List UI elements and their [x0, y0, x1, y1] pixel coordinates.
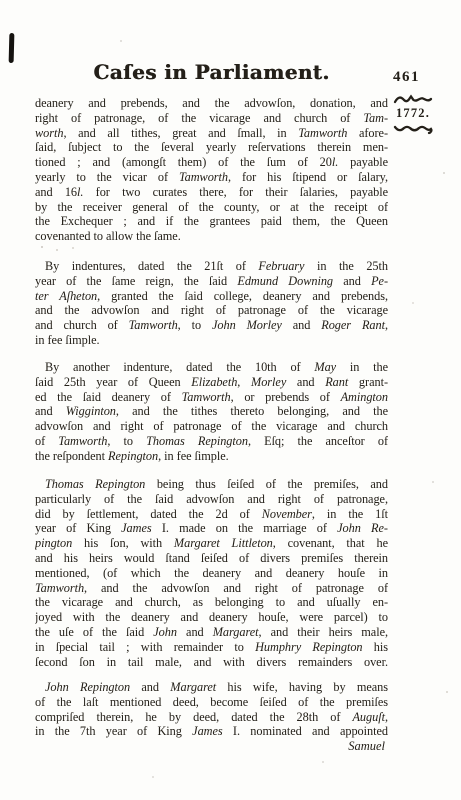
text-segment: for two curates there, for their ſalarie… [83, 185, 388, 199]
text-line: the Exchequer ; and if the grantees paid… [35, 214, 388, 229]
text-segment: afore- [347, 126, 388, 140]
text-segment: and [177, 625, 213, 639]
text-line: joyed with the deanery and deanery houſe… [35, 610, 388, 625]
wavy-bracket-top-icon [393, 92, 433, 106]
text-line: the uſe of the ſaid John and Margaret, a… [35, 625, 388, 640]
text-line: ter Aſheton, granted the ſaid college, d… [35, 289, 388, 304]
scan-artifact-mark [9, 33, 15, 63]
text-segment: and [333, 274, 371, 288]
text-line: covenanted to allow the ſame. [35, 229, 388, 244]
italic-text: ter Aſheton [35, 289, 97, 303]
text-line: right of patronage, of the vicarage and … [35, 111, 388, 126]
text-segment: By another indenture, dated the 10th of [45, 360, 314, 374]
text-segment: , and all tithes, great and ſmall, in [63, 126, 298, 140]
text-line: did by ſettlement, dated the 2d of Novem… [35, 507, 388, 522]
text-line: yearly to the vicar of Tamworth, for his… [35, 170, 388, 185]
italic-text: Pe- [371, 274, 388, 288]
text-segment: By indentures, dated the 21ſt of [45, 259, 258, 273]
text-segment: covenanted to allow the ſame. [35, 229, 181, 243]
italic-text: Elizabeth [191, 375, 237, 389]
italic-text: February [258, 259, 304, 273]
text-segment: compriſed therein, he by deed, dated the… [35, 710, 352, 724]
italic-text: John Re- [337, 521, 388, 535]
margin-year: 1772. [389, 106, 437, 121]
text-line: by the receiver general of the county, o… [35, 200, 388, 215]
text-line: tioned ; and (amongſt them) of the ſum o… [35, 155, 388, 170]
text-line: ed the ſaid deanery of Tamworth, or preb… [35, 390, 388, 405]
text-segment: , [385, 710, 388, 724]
text-segment: deanery and prebends, and the advowſon, … [35, 96, 388, 110]
page-header: Caſes in Parliament. [35, 61, 388, 84]
italic-text: Tam- [363, 111, 388, 125]
paragraph: By indentures, dated the 21ſt of Februar… [35, 259, 388, 348]
text-line: By indentures, dated the 21ſt of Februar… [35, 259, 388, 274]
italic-text: Wigginton [66, 404, 116, 418]
text-line: particularly of the ſaid advowſon and ri… [35, 492, 388, 507]
text-segment: and [286, 375, 325, 389]
text-segment: and 16 [35, 185, 77, 199]
italic-text: John Repington [45, 680, 130, 694]
text-segment: payable [338, 155, 388, 169]
text-segment: and [130, 680, 170, 694]
text-segment: , and the tithes thereto belonging, and … [116, 404, 388, 418]
italic-text: Rant [325, 375, 348, 389]
text-line: year of King James I. made on the marria… [35, 521, 388, 536]
text-line: and church of Tamworth, to John Morley a… [35, 318, 388, 333]
italic-text: Tamworth [129, 318, 178, 332]
text-segment: , and their heirs male, [259, 625, 388, 639]
text-line: By another indenture, dated the 10th of … [35, 360, 388, 375]
italic-text: worth [35, 126, 63, 140]
text-segment: , or prebends of [231, 390, 341, 404]
text-segment: , in the 1ſt [312, 507, 388, 521]
text-segment: of the laſt mentioned deed, become ſeiſe… [35, 695, 388, 709]
text-line: Tamworth, and the advowſon and right of … [35, 581, 388, 596]
text-segment: , Eſq; the anceſtor of [248, 434, 388, 448]
text-line: advowſon and right of patronage of the v… [35, 419, 388, 434]
text-segment: , for his ſtipend or ſalary, [228, 170, 388, 184]
text-segment: , covenant, that he [273, 536, 388, 550]
text-segment: and the advowſon and right of patronage … [35, 303, 388, 317]
text-line: in fee ſimple. [35, 333, 388, 348]
text-line: and 16l. for two curates there, for thei… [35, 185, 388, 200]
text-line: ſecond ſon in tail male, and with divers… [35, 655, 388, 670]
text-segment: yearly to the vicar of [35, 170, 179, 184]
text-line: of the laſt mentioned deed, become ſeiſe… [35, 695, 388, 710]
text-segment: and church of [35, 318, 129, 332]
text-segment: the Exchequer ; and if the grantees paid… [35, 214, 388, 228]
italic-text: Margaret [213, 625, 259, 639]
text-line: year of the ſame reign, the ſaid Edmund … [35, 274, 388, 289]
text-segment: , to [107, 434, 146, 448]
paragraph: John Repington and Margaret his wife, ha… [35, 680, 388, 739]
text-line: John Repington and Margaret his wife, ha… [35, 680, 388, 695]
text-segment: and his heirs would ſtand ſeiſed of dive… [35, 551, 388, 565]
text-segment: grant- [348, 375, 388, 389]
italic-text: Amington [341, 390, 388, 404]
italic-text: James [121, 521, 151, 535]
text-segment: right of patronage, of the vicarage and … [35, 111, 363, 125]
italic-text: John Morley [212, 318, 282, 332]
text-line: the reſpondent Repington, in fee ſimple. [35, 449, 388, 464]
text-segment: in the [336, 360, 388, 374]
text-line: in ſpecial tail ; with remainder to Hump… [35, 640, 388, 655]
text-segment: joyed with the deanery and deanery houſe… [35, 610, 388, 624]
text-segment: and [282, 318, 321, 332]
text-line: and the advowſon and right of patronage … [35, 303, 388, 318]
italic-text: James [192, 724, 222, 738]
margin-year-note: 1772. [389, 92, 437, 136]
paragraph: Thomas Repington being thus ſeiſed of th… [35, 477, 388, 669]
text-line: mentioned, (of which the deanery and dea… [35, 566, 388, 581]
italic-text: Tamworth [298, 126, 347, 140]
text-segment: mentioned, (of which the deanery and dea… [35, 566, 388, 580]
italic-text: Tamworth [35, 581, 84, 595]
text-segment: being thus ſeiſed of the premiſes, and [145, 477, 388, 491]
paragraph: By another indenture, dated the 10th of … [35, 360, 388, 464]
text-segment: ed the ſaid deanery of [35, 390, 182, 404]
text-segment: his [363, 640, 388, 654]
text-segment: in fee ſimple. [35, 333, 100, 347]
running-title: Caſes in Parliament. [93, 61, 329, 83]
italic-text: November [262, 507, 312, 521]
text-segment: did by ſettlement, dated the 2d of [35, 507, 262, 521]
italic-text: Repington [108, 449, 158, 463]
text-segment: in the 25th [304, 259, 388, 273]
text-segment: of [35, 434, 58, 448]
italic-text: Thomas Repington [146, 434, 248, 448]
italic-text: John [153, 625, 177, 639]
text-segment: in ſpecial tail ; with remainder to [35, 640, 255, 654]
text-segment: I. made on the marriage of [152, 521, 338, 535]
text-line: Thomas Repington being thus ſeiſed of th… [35, 477, 388, 492]
italic-text: Margaret Littleton [174, 536, 273, 550]
text-segment: I. nominated and appointed [223, 724, 388, 738]
italic-text: Thomas Repington [45, 477, 145, 491]
italic-text: Roger Rant [321, 318, 385, 332]
italic-text: May [314, 360, 336, 374]
text-segment: ſecond ſon in tail male, and with divers… [35, 655, 388, 669]
text-segment: the vicarage and church, as belonging to… [35, 595, 388, 609]
italic-text: Edmund Downing [237, 274, 333, 288]
text-segment: advowſon and right of patronage of the v… [35, 419, 388, 433]
text-segment: the uſe of the ſaid [35, 625, 153, 639]
text-segment: particularly of the ſaid advowſon and ri… [35, 492, 388, 506]
text-line: ſaid, ſubject to the ſeveral yearly reſe… [35, 140, 388, 155]
text-segment: and [35, 404, 66, 418]
catchword: Samuel [35, 739, 385, 754]
text-line: in the 7th year of King James I. nominat… [35, 724, 388, 739]
text-segment: year of the ſame reign, the ſaid [35, 274, 237, 288]
italic-text: pington [35, 536, 72, 550]
text-line: and Wigginton, and the tithes thereto be… [35, 404, 388, 419]
text-line: of Tamworth, to Thomas Repington, Eſq; t… [35, 434, 388, 449]
text-line: pington his ſon, with Margaret Littleton… [35, 536, 388, 551]
book-page: Caſes in Parliament. 461 1772. deanery a… [0, 0, 461, 800]
italic-text: Tamworth [182, 390, 231, 404]
paragraph: deanery and prebends, and the advowſon, … [35, 96, 388, 244]
text-segment: by the receiver general of the county, o… [35, 200, 388, 214]
text-segment: the reſpondent [35, 449, 108, 463]
text-segment: in the 7th year of King [35, 724, 192, 738]
text-line: ſaid 25th year of Queen Elizabeth, Morle… [35, 375, 388, 390]
text-segment: , in fee ſimple. [158, 449, 229, 463]
italic-text: Morley [251, 375, 286, 389]
text-line: the vicarage and church, as belonging to… [35, 595, 388, 610]
text-segment: , to [178, 318, 212, 332]
text-segment: his wife, having by means [216, 680, 388, 694]
text-line: worth, and all tithes, great and ſmall, … [35, 126, 388, 141]
text-segment: ſaid, ſubject to the ſeveral yearly reſe… [35, 140, 388, 154]
text-segment: tioned ; and (amongſt them) of the ſum o… [35, 155, 332, 169]
text-line: deanery and prebends, and the advowſon, … [35, 96, 388, 111]
text-line: and his heirs would ſtand ſeiſed of dive… [35, 551, 388, 566]
text-segment: year of King [35, 521, 121, 535]
text-segment: , [385, 318, 388, 332]
text-line: compriſed therein, he by deed, dated the… [35, 710, 388, 725]
text-segment: his ſon, with [72, 536, 174, 550]
text-segment: , [237, 375, 251, 389]
italic-text: Humphry Repington [255, 640, 362, 654]
text-segment: ſaid 25th year of Queen [35, 375, 191, 389]
italic-text: Tamworth [58, 434, 107, 448]
italic-text: Auguſt [352, 710, 385, 724]
text-segment: , granted the ſaid college, deanery and … [97, 289, 388, 303]
scan-noise [0, 0, 2, 2]
italic-text: Margaret [170, 680, 216, 694]
page-number: 461 [393, 69, 420, 86]
italic-text: Tamworth [179, 170, 228, 184]
wavy-bracket-bottom-icon [393, 121, 433, 136]
text-segment: , and the advowſon and right of patronag… [84, 581, 388, 595]
